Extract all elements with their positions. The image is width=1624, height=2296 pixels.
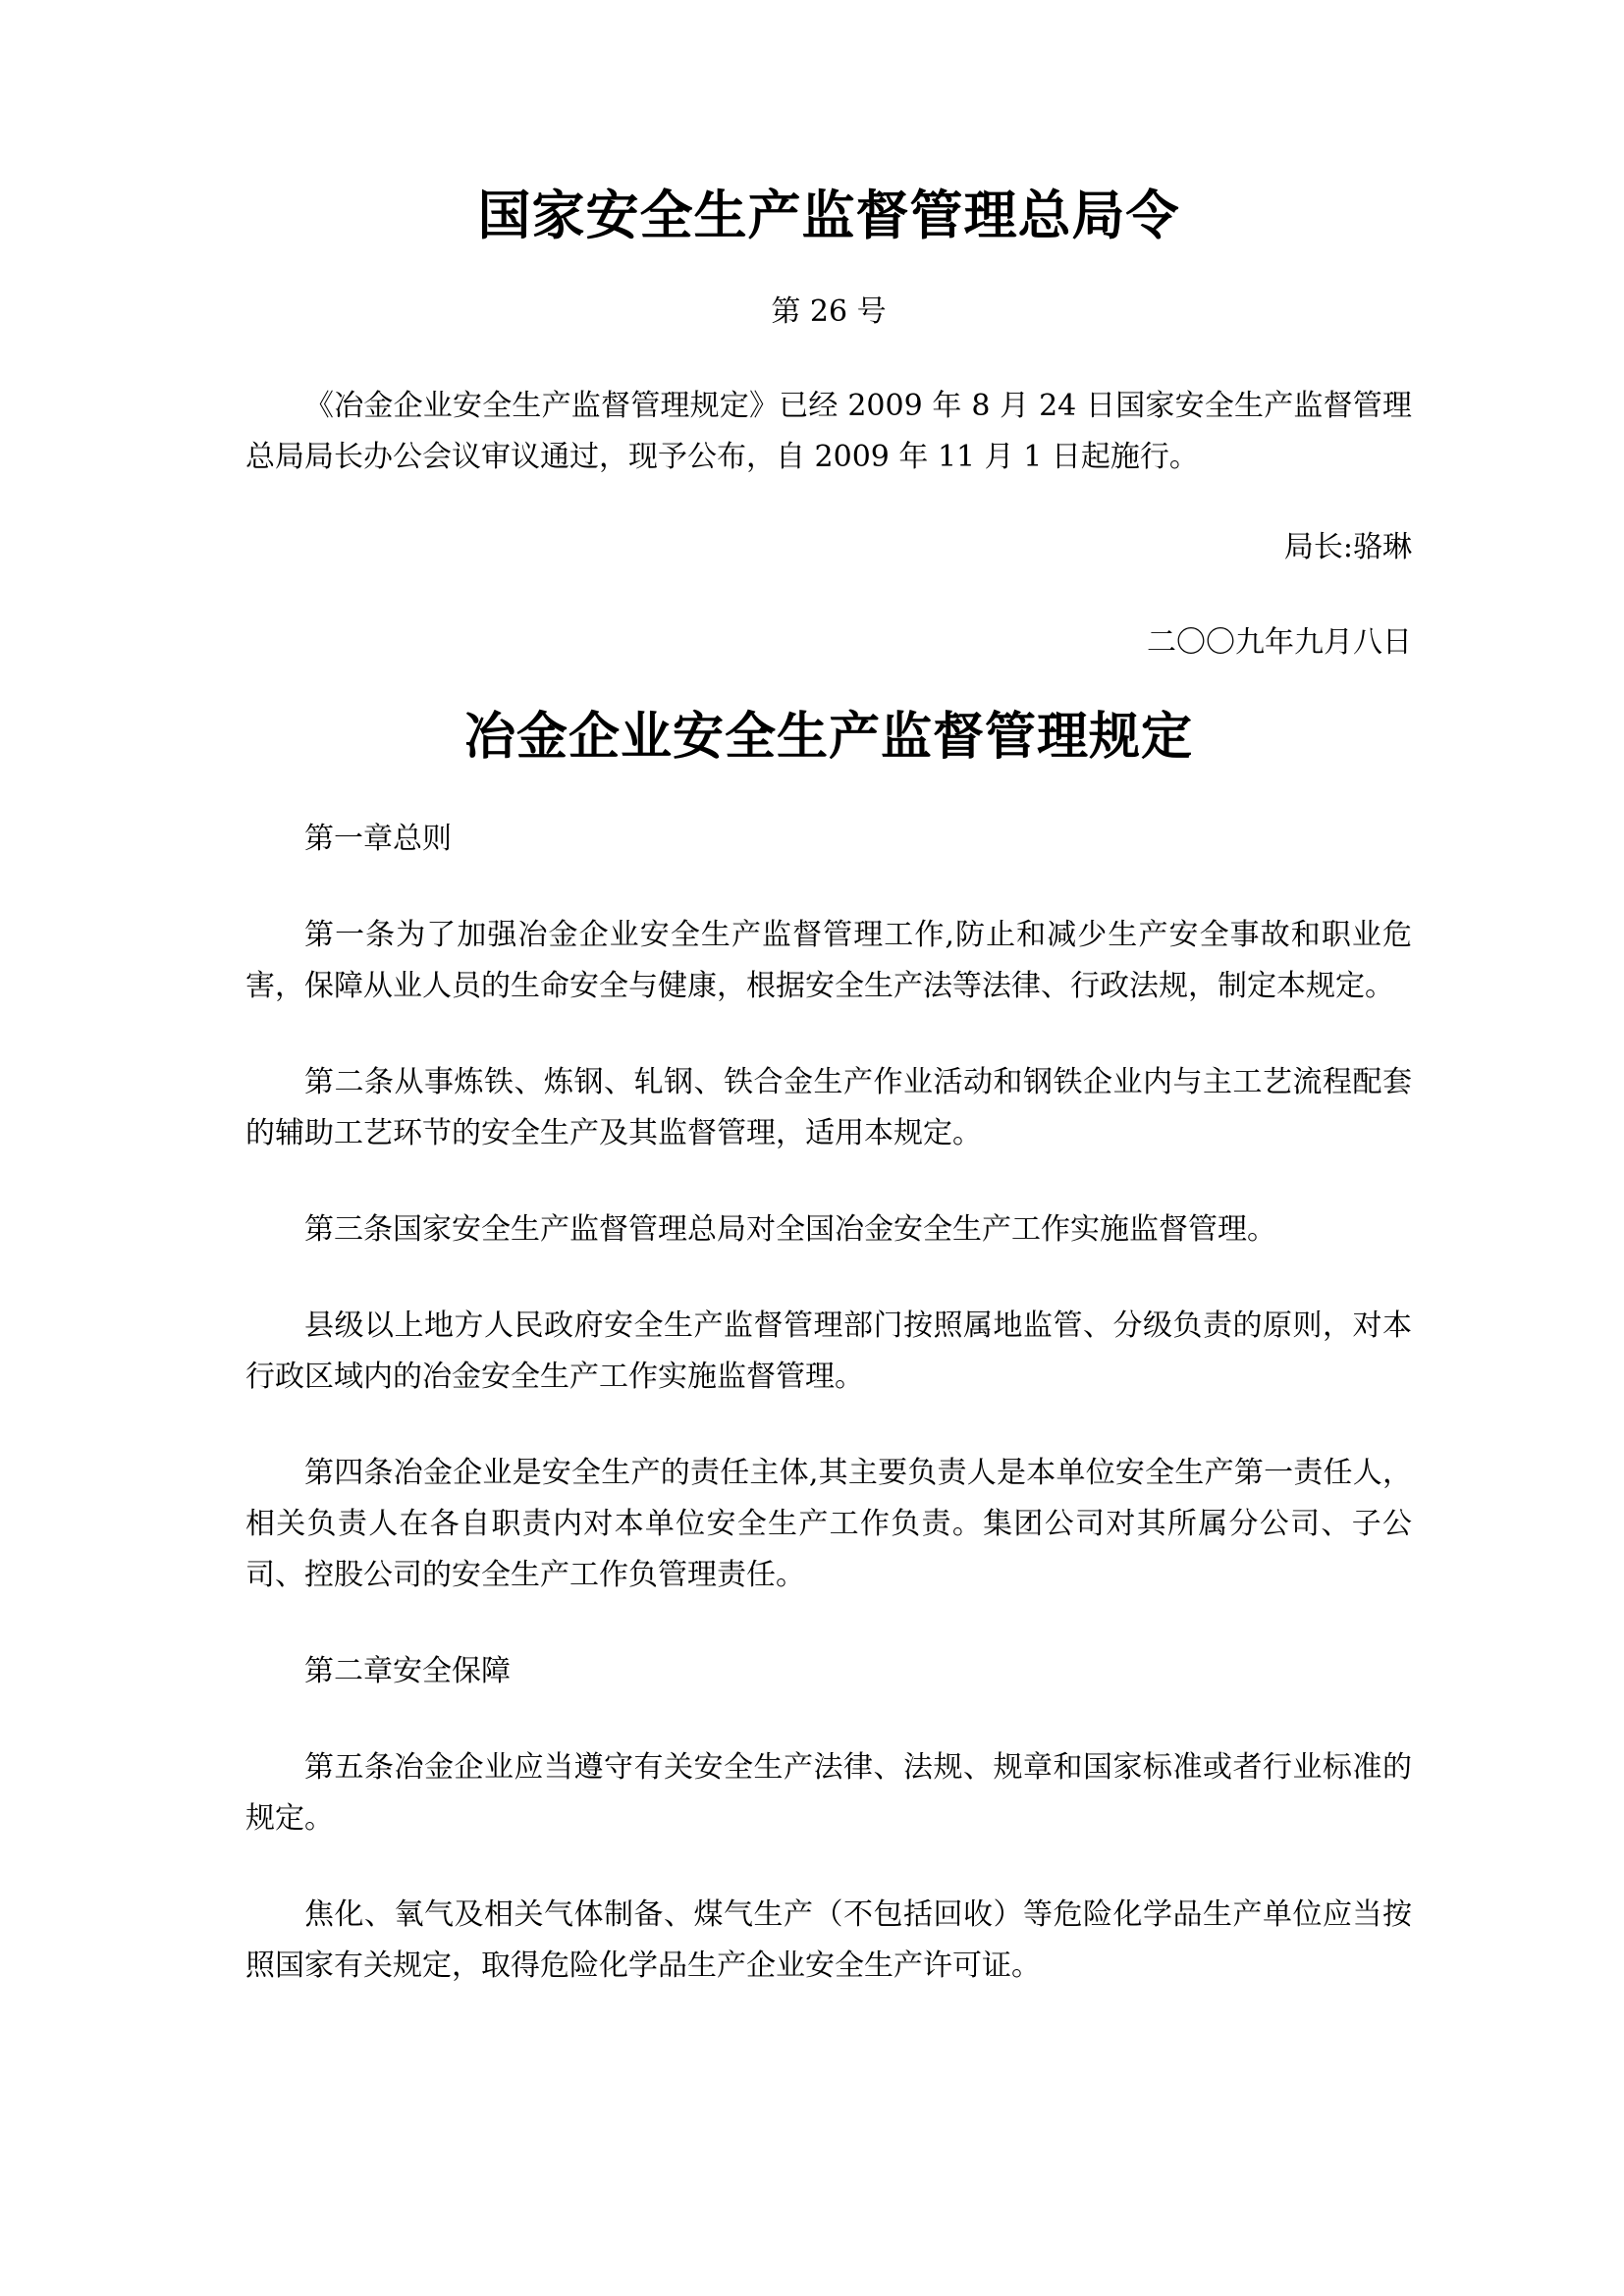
article-3-continuation-paragraph: 县级以上地方人民政府安全生产监督管理部门按照属地监管、分级负责的原则，对本行政区… xyxy=(245,1301,1412,1403)
chapter-heading-1: 第一章总则 xyxy=(245,814,1412,865)
article-4-paragraph: 第四条冶金企业是安全生产的责任主体,其主要负责人是本单位安全生产第一责任人，相关… xyxy=(245,1448,1412,1601)
article-5-continuation-paragraph: 焦化、氧气及相关气体制备、煤气生产（不包括回收）等危险化学品生产单位应当按照国家… xyxy=(245,1890,1412,1992)
order-title: 国家安全生产监督管理总局令 xyxy=(245,183,1412,247)
signer-line: 局长:骆琳 xyxy=(245,522,1412,573)
document-page: 国家安全生产监督管理总局令 第 26 号 《冶金企业安全生产监督管理规定》已经 … xyxy=(0,0,1624,2296)
article-5-paragraph: 第五条冶金企业应当遵守有关安全生产法律、法规、规章和国家标准或者行业标准的规定。 xyxy=(245,1742,1412,1844)
preamble-paragraph: 《冶金企业安全生产监督管理规定》已经 2009 年 8 月 24 日国家安全生产… xyxy=(245,381,1412,483)
article-3-paragraph: 第三条国家安全生产监督管理总局对全国冶金安全生产工作实施监督管理。 xyxy=(245,1204,1412,1255)
article-2-paragraph: 第二条从事炼铁、炼钢、轧钢、铁合金生产作业活动和钢铁企业内与主工艺流程配套的辅助… xyxy=(245,1057,1412,1159)
order-number: 第 26 号 xyxy=(245,287,1412,338)
article-1-paragraph: 第一条为了加强冶金企业安全生产监督管理工作,防止和减少生产安全事故和职业危害，保… xyxy=(245,910,1412,1012)
date-line: 二〇〇九年九月八日 xyxy=(245,617,1412,668)
chapter-heading-2: 第二章安全保障 xyxy=(245,1646,1412,1697)
regulation-title: 冶金企业安全生产监督管理规定 xyxy=(245,706,1412,769)
